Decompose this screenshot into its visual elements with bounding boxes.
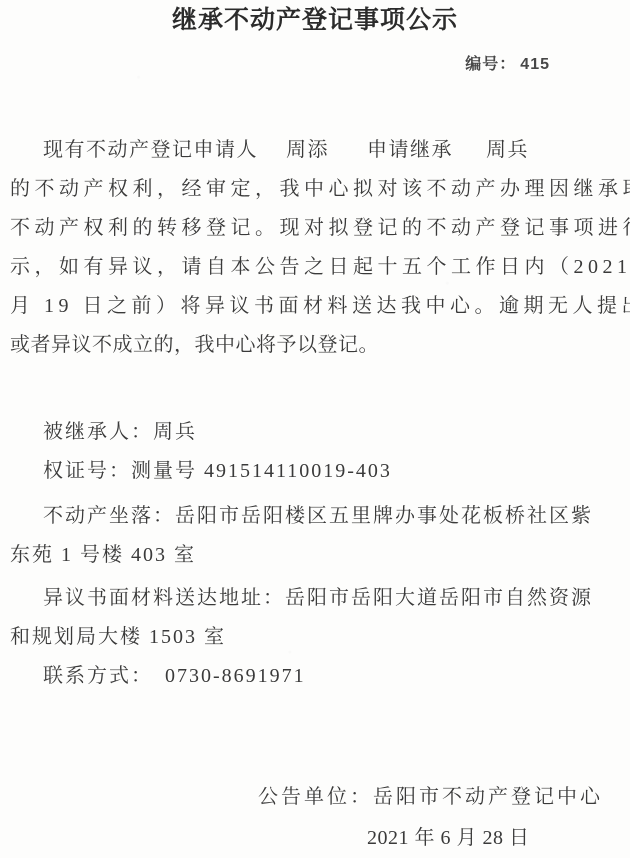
apply-inherit-text: 申请继承 — [367, 139, 453, 161]
field-contact-phone: 联系方式： 0730-8691971 — [10, 657, 618, 696]
notice-intro-text: 现有不动产登记申请人 — [43, 139, 258, 161]
notice-paragraph: 现有不动产登记申请人周添申请继承周兵 的不动产权利，经审定，我中心拟对该不动产办… — [0, 131, 630, 365]
issue-date: 2021 年 6 月 28 日 — [367, 819, 630, 858]
doc-number-row: 编号：415 — [0, 52, 630, 78]
notice-line-4: 示，如有异议，请自本公告之日起十五个工作日内（2021 年 7 — [10, 248, 616, 287]
notice-line-1: 现有不动产登记申请人周添申请继承周兵 — [10, 131, 616, 170]
field-objection-address-line-1: 异议书面材料送达地址：岳阳市岳阳大道岳阳市自然资源 — [10, 579, 618, 618]
doc-number-label: 编号： — [465, 56, 516, 73]
footer-block: 公告单位：岳阳市不动产登记中心 2021 年 6 月 28 日 — [0, 778, 630, 858]
applicant-name: 周添 — [286, 139, 329, 161]
document-page: 继承不动产登记事项公示 编号：415 现有不动产登记申请人周添申请继承周兵 的不… — [0, 0, 630, 858]
field-deceased-person: 被继承人：周兵 — [10, 413, 618, 452]
field-property-location-line-1: 不动产坐落：岳阳市岳阳楼区五里牌办事处花板桥社区紫 — [10, 497, 618, 536]
notice-line-2: 的不动产权利，经审定，我中心拟对该不动产办理因继承取得 — [10, 170, 616, 209]
deceased-name-inline: 周兵 — [486, 139, 529, 161]
issuing-authority: 公告单位：岳阳市不动产登记中心 — [258, 778, 630, 817]
doc-number-value: 415 — [520, 56, 550, 73]
field-objection-address-line-2: 和规划局大楼 1503 室 — [10, 618, 618, 657]
page-title: 继承不动产登记事项公示 — [0, 0, 630, 37]
notice-line-3: 不动产权利的转移登记。现对拟登记的不动产登记事项进行公 — [10, 209, 616, 248]
field-certificate-number: 权证号：测量号 491514110019-403 — [10, 452, 618, 491]
field-property-location-line-2: 东苑 1 号楼 403 室 — [10, 536, 618, 575]
notice-line-5: 月 19 日之前）将异议书面材料送达我中心。逾期无人提出异议 — [10, 287, 616, 326]
detail-fields: 被继承人：周兵 权证号：测量号 491514110019-403 不动产坐落：岳… — [0, 413, 630, 696]
notice-line-6: 或者异议不成立的，我中心将予以登记。 — [10, 326, 616, 365]
